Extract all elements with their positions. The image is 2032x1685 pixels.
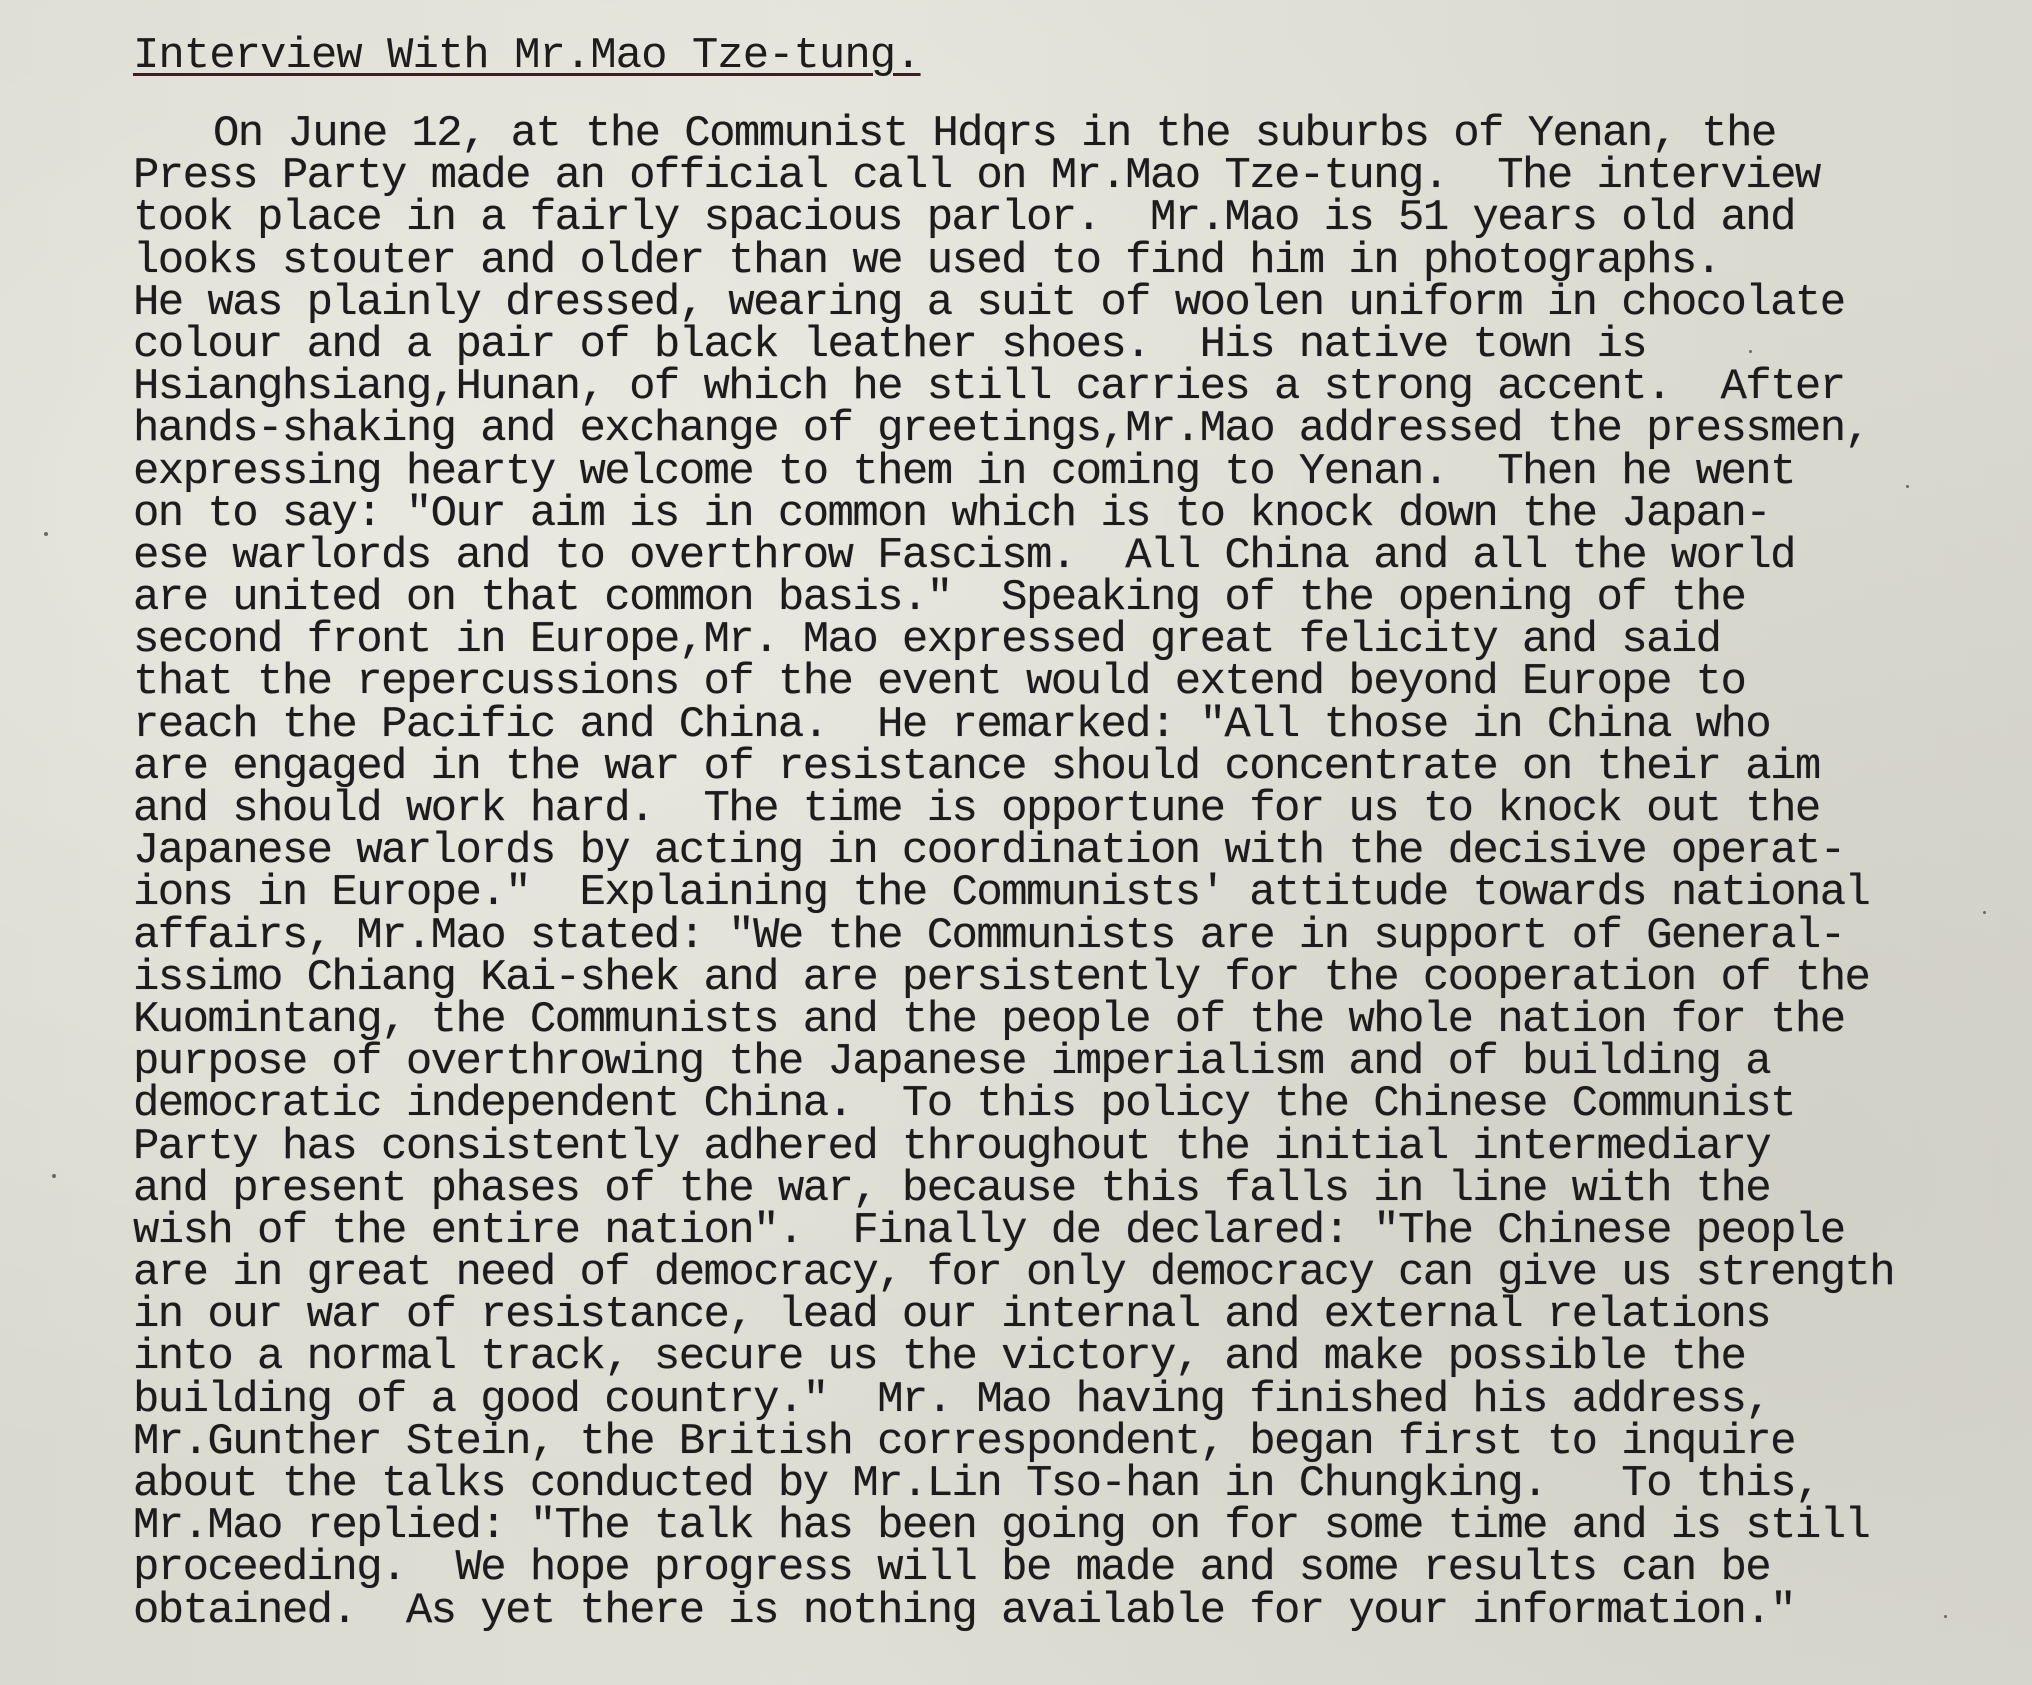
body-line: issimo Chiang Kai-shek and are persisten…	[133, 957, 2013, 999]
paper-speck	[44, 532, 48, 536]
body-line: ese warlords and to overthrow Fascism. A…	[133, 535, 2013, 577]
body-line: Mr.Mao replied: "The talk has been going…	[133, 1505, 2013, 1547]
document-body: On June 12, at the Communist Hdqrs in th…	[133, 113, 2013, 1632]
body-line: second front in Europe,Mr. Mao expressed…	[133, 619, 2013, 661]
paper-speck	[52, 1174, 56, 1178]
body-line: and should work hard. The time is opport…	[133, 788, 2013, 830]
body-line: are united on that common basis." Speaki…	[133, 577, 2013, 619]
body-line: affairs, Mr.Mao stated: "We the Communis…	[133, 915, 2013, 957]
body-line: Kuomintang, the Communists and the peopl…	[133, 999, 2013, 1041]
body-line: He was plainly dressed, wearing a suit o…	[133, 282, 2013, 324]
body-line: Japanese warlords by acting in coordinat…	[133, 830, 2013, 872]
body-line: building of a good country." Mr. Mao hav…	[133, 1379, 2013, 1421]
body-line: took place in a fairly spacious parlor. …	[133, 197, 2013, 239]
body-line: proceeding. We hope progress will be mad…	[133, 1547, 2013, 1589]
body-line: obtained. As yet there is nothing availa…	[133, 1590, 2013, 1632]
body-line: purpose of overthrowing the Japanese imp…	[133, 1041, 2013, 1083]
document-title: Interview With Mr.Mao Tze-tung.	[133, 28, 921, 84]
body-line: about the talks conducted by Mr.Lin Tso-…	[133, 1463, 2013, 1505]
body-line: in our war of resistance, lead our inter…	[133, 1294, 2013, 1336]
body-line: colour and a pair of black leather shoes…	[133, 324, 2013, 366]
body-line: are engaged in the war of resistance sho…	[133, 746, 2013, 788]
paper-speck	[1983, 911, 1986, 914]
body-line: into a normal track, secure us the victo…	[133, 1336, 2013, 1378]
body-line: on to say: "Our aim is in common which i…	[133, 493, 2013, 535]
body-line: that the repercussions of the event woul…	[133, 661, 2013, 703]
body-line: looks stouter and older than we used to …	[133, 240, 2013, 282]
body-line: wish of the entire nation". Finally de d…	[133, 1210, 2013, 1252]
body-line: Mr.Gunther Stein, the British correspond…	[133, 1421, 2013, 1463]
body-line: hands-shaking and exchange of greetings,…	[133, 408, 2013, 450]
body-line: Party has consistently adhered throughou…	[133, 1126, 2013, 1168]
body-line: ions in Europe." Explaining the Communis…	[133, 872, 2013, 914]
body-line: reach the Pacific and China. He remarked…	[133, 704, 2013, 746]
body-line: On June 12, at the Communist Hdqrs in th…	[133, 113, 2013, 155]
body-line: and present phases of the war, because t…	[133, 1168, 2013, 1210]
body-line: Hsianghsiang,Hunan, of which he still ca…	[133, 366, 2013, 408]
body-line: Press Party made an official call on Mr.…	[133, 155, 2013, 197]
body-line: democratic independent China. To this po…	[133, 1083, 2013, 1125]
typewritten-page: Interview With Mr.Mao Tze-tung. On June …	[0, 0, 2032, 1685]
body-line: are in great need of democracy, for only…	[133, 1252, 2013, 1294]
paper-speck	[1906, 485, 1909, 488]
paper-speck	[1749, 350, 1752, 353]
body-line: expressing hearty welcome to them in com…	[133, 451, 2013, 493]
paper-speck	[1944, 1615, 1947, 1618]
